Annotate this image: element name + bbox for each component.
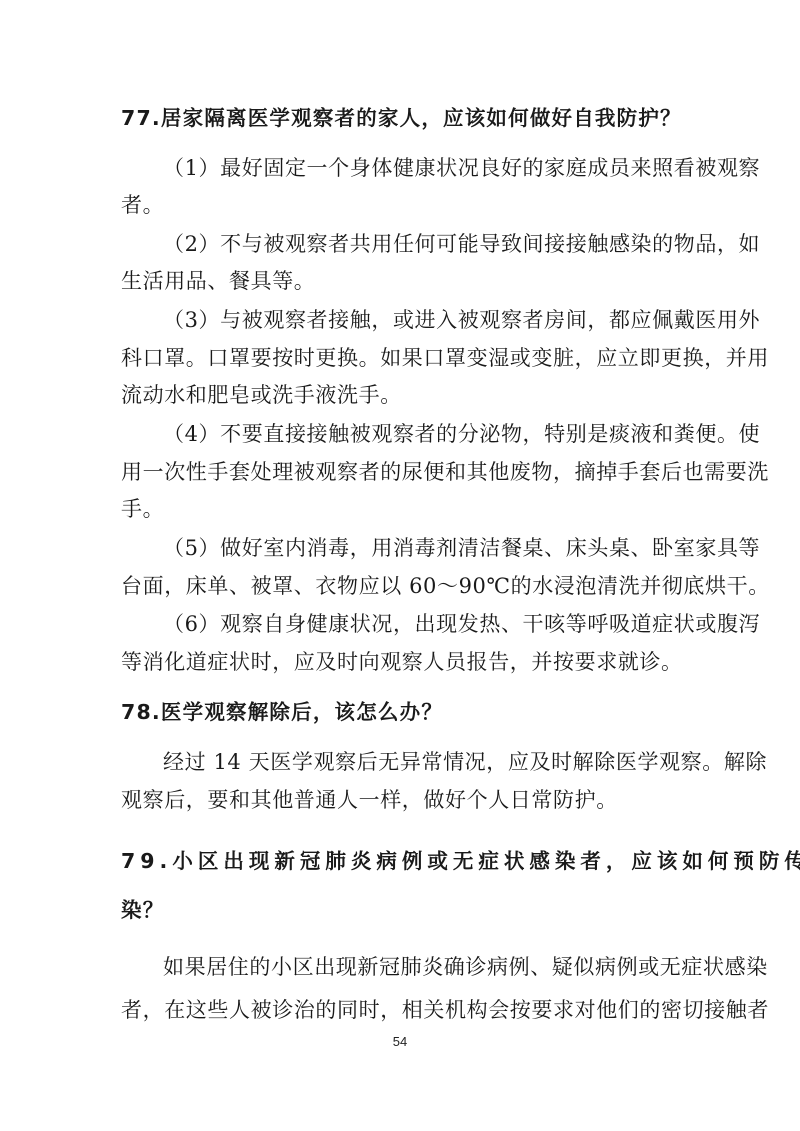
page-number: 54 bbox=[0, 1034, 800, 1049]
question-77-heading: 77.居家隔离医学观察者的家人，应该如何做好自我防护？ bbox=[121, 104, 681, 132]
paragraph-line: 流动水和肥皂或洗手液洗手。 bbox=[121, 381, 681, 409]
paragraph-line: 科口罩。口罩要按时更换。如果口罩变湿或变脏，应立即更换，并用 bbox=[121, 344, 681, 372]
paragraph-line: 经过 14 天医学观察后无异常情况，应及时解除医学观察。解除 bbox=[163, 748, 681, 776]
question-79-heading: 79.小区出现新冠肺炎病例或无症状感染者，应该如何预防传 bbox=[121, 847, 681, 875]
paragraph-line: 等消化道症状时，应及时向观察人员报告，并按要求就诊。 bbox=[121, 648, 681, 676]
question-78-heading: 78.医学观察解除后，该怎么办？ bbox=[121, 698, 681, 726]
paragraph-line: 生活用品、餐具等。 bbox=[121, 267, 681, 295]
paragraph-line: 者。 bbox=[121, 191, 681, 219]
paragraph-line: （3）与被观察者接触，或进入被观察者房间，都应佩戴医用外 bbox=[163, 306, 681, 334]
paragraph-line: 用一次性手套处理被观察者的尿便和其他废物，摘掉手套后也需要洗 bbox=[121, 458, 681, 486]
paragraph-line: 手。 bbox=[121, 495, 681, 523]
paragraph-line: （4）不要直接接触被观察者的分泌物，特别是痰液和粪便。使 bbox=[163, 420, 681, 448]
paragraph-line: （1）最好固定一个身体健康状况良好的家庭成员来照看被观察 bbox=[163, 154, 681, 182]
question-79-heading-cont: 染？ bbox=[121, 896, 681, 924]
document-page: 77.居家隔离医学观察者的家人，应该如何做好自我防护？ （1）最好固定一个身体健… bbox=[0, 0, 800, 1131]
paragraph-line: 台面，床单、被罩、衣物应以 60～90℃的水浸泡清洗并彻底烘干。 bbox=[121, 572, 681, 600]
paragraph-line: （5）做好室内消毒，用消毒剂清洁餐桌、床头桌、卧室家具等 bbox=[163, 534, 681, 562]
paragraph-line: （2）不与被观察者共用任何可能导致间接接触感染的物品，如 bbox=[163, 230, 681, 258]
paragraph-line: 观察后，要和其他普通人一样，做好个人日常防护。 bbox=[121, 786, 681, 814]
paragraph-line: （6）观察自身健康状况，出现发热、干咳等呼吸道症状或腹泻 bbox=[163, 610, 681, 638]
paragraph-line: 者，在这些人被诊治的同时，相关机构会按要求对他们的密切接触者 bbox=[121, 996, 681, 1024]
paragraph-line: 如果居住的小区出现新冠肺炎确诊病例、疑似病例或无症状感染 bbox=[163, 953, 681, 981]
